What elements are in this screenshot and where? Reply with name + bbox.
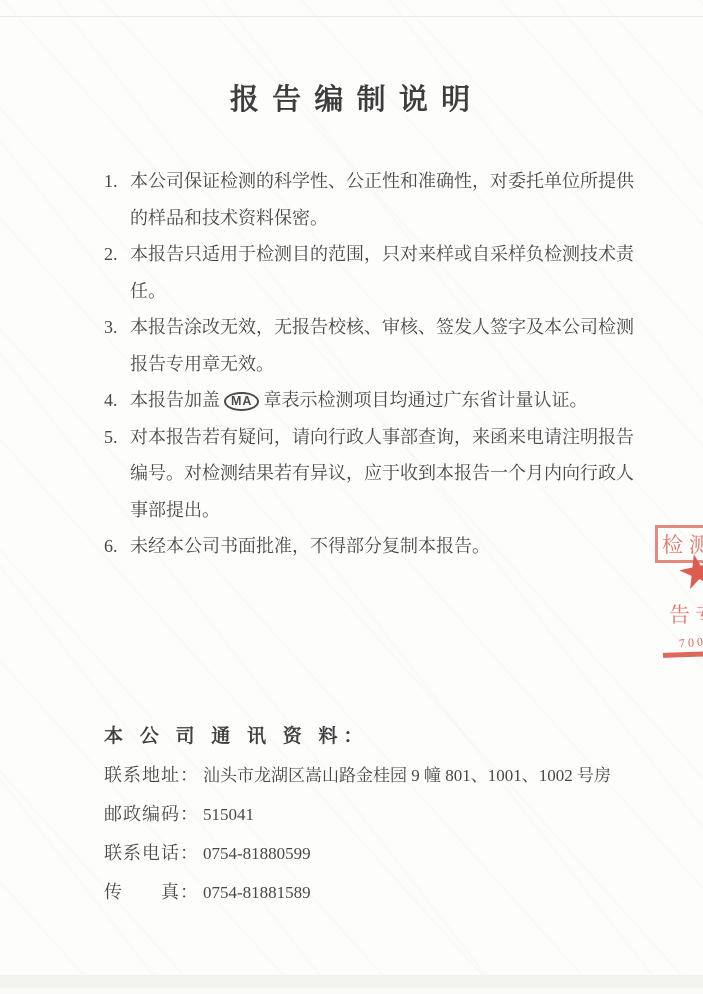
contact-section: 本 公 司 通 讯 资 料： 联系地址：汕头市龙湖区嵩山路金桂园 9 幢 801… bbox=[104, 718, 703, 912]
item-number: 5. bbox=[104, 419, 130, 529]
stamp-mid-characters: 告专 bbox=[669, 599, 703, 629]
stamp-underline-bar bbox=[663, 651, 703, 658]
item-text-pre: 本报告加盖 bbox=[130, 390, 220, 410]
scan-edge-line bbox=[0, 16, 703, 17]
item-number: 1. bbox=[104, 163, 130, 236]
scan-bottom-band bbox=[0, 975, 703, 988]
contact-row-phone: 联系电话：0754-81880599 bbox=[104, 834, 703, 873]
notes-list: 1. 本公司保证检测的科学性、公正性和准确性，对委托单位所提供 的样品和技术资料… bbox=[104, 163, 643, 565]
red-official-stamp: 检测 ★ 告专 7002 bbox=[643, 519, 703, 669]
contact-label: 联系电话： bbox=[104, 843, 199, 863]
item-text: 对本报告若有疑问，请向行政人事部查询，来函来电请注明报告 bbox=[130, 419, 643, 456]
contact-row-fax: 传 真：0754-81881589 bbox=[104, 873, 703, 912]
list-item: 2. 本报告只适用于检测目的范围，只对来样或自采样负检测技术责 任。 bbox=[104, 236, 643, 309]
item-text: 的样品和技术资料保密。 bbox=[130, 200, 643, 237]
item-text: 本报告只适用于检测目的范围，只对来样或自采样负检测技术责 bbox=[130, 236, 643, 273]
item-text: 报告专用章无效。 bbox=[130, 346, 643, 383]
scan-bottom-edge bbox=[0, 988, 703, 994]
list-item: 3. 本报告涂改无效，无报告校核、审核、签发人签字及本公司检测 报告专用章无效。 bbox=[104, 309, 643, 382]
contact-value: 汕头市龙湖区嵩山路金桂园 9 幢 801、1001、1002 号房 bbox=[203, 766, 611, 785]
contact-value: 0754-81880599 bbox=[203, 844, 311, 863]
contact-value: 515041 bbox=[203, 805, 254, 824]
contact-heading: 本 公 司 通 讯 资 料： bbox=[104, 718, 703, 756]
contact-label: 传 真： bbox=[104, 882, 199, 902]
list-item: 6. 未经本公司书面批准，不得部分复制本报告。 bbox=[104, 528, 643, 565]
list-item: 5. 对本报告若有疑问，请向行政人事部查询，来函来电请注明报告 编号。对检测结果… bbox=[104, 419, 643, 529]
item-text: 编号。对检测结果若有异议，应于收到本报告一个月内向行政人 bbox=[130, 455, 643, 492]
contact-row-address: 联系地址：汕头市龙湖区嵩山路金桂园 9 幢 801、1001、1002 号房 bbox=[104, 756, 703, 795]
page-title: 报 告 编 制 说 明 bbox=[0, 84, 703, 116]
report-notes-page: 报 告 编 制 说 明 1. 本公司保证检测的科学性、公正性和准确性，对委托单位… bbox=[0, 0, 703, 994]
contact-value: 0754-81881589 bbox=[203, 883, 311, 902]
item-text: 任。 bbox=[130, 273, 643, 310]
item-text: 本报告涂改无效，无报告校核、审核、签发人签字及本公司检测 bbox=[130, 309, 643, 346]
item-number: 6. bbox=[104, 528, 130, 565]
list-item: 4. 本报告加盖MA章表示检测项目均通过广东省计量认证。 bbox=[104, 382, 643, 419]
item-number: 4. bbox=[104, 382, 130, 419]
item-number: 2. bbox=[104, 236, 130, 309]
item-number: 3. bbox=[104, 309, 130, 382]
contact-row-postcode: 邮政编码：515041 bbox=[104, 795, 703, 834]
item-text: 未经本公司书面批准，不得部分复制本报告。 bbox=[130, 528, 643, 565]
item-text-post: 章表示检测项目均通过广东省计量认证。 bbox=[263, 390, 587, 410]
stamp-frame-characters: 检测 bbox=[655, 525, 703, 563]
star-icon: ★ bbox=[672, 545, 703, 599]
item-text: 本报告加盖MA章表示检测项目均通过广东省计量认证。 bbox=[130, 382, 643, 419]
item-text: 本公司保证检测的科学性、公正性和准确性，对委托单位所提供 bbox=[130, 163, 643, 200]
item-text: 事部提出。 bbox=[130, 492, 643, 529]
stamp-digits: 7002 bbox=[678, 633, 703, 651]
list-item: 1. 本公司保证检测的科学性、公正性和准确性，对委托单位所提供 的样品和技术资料… bbox=[104, 163, 643, 236]
contact-label: 联系地址： bbox=[104, 765, 199, 785]
contact-label: 邮政编码： bbox=[104, 804, 199, 824]
cma-certification-mark-icon: MA bbox=[224, 392, 259, 411]
